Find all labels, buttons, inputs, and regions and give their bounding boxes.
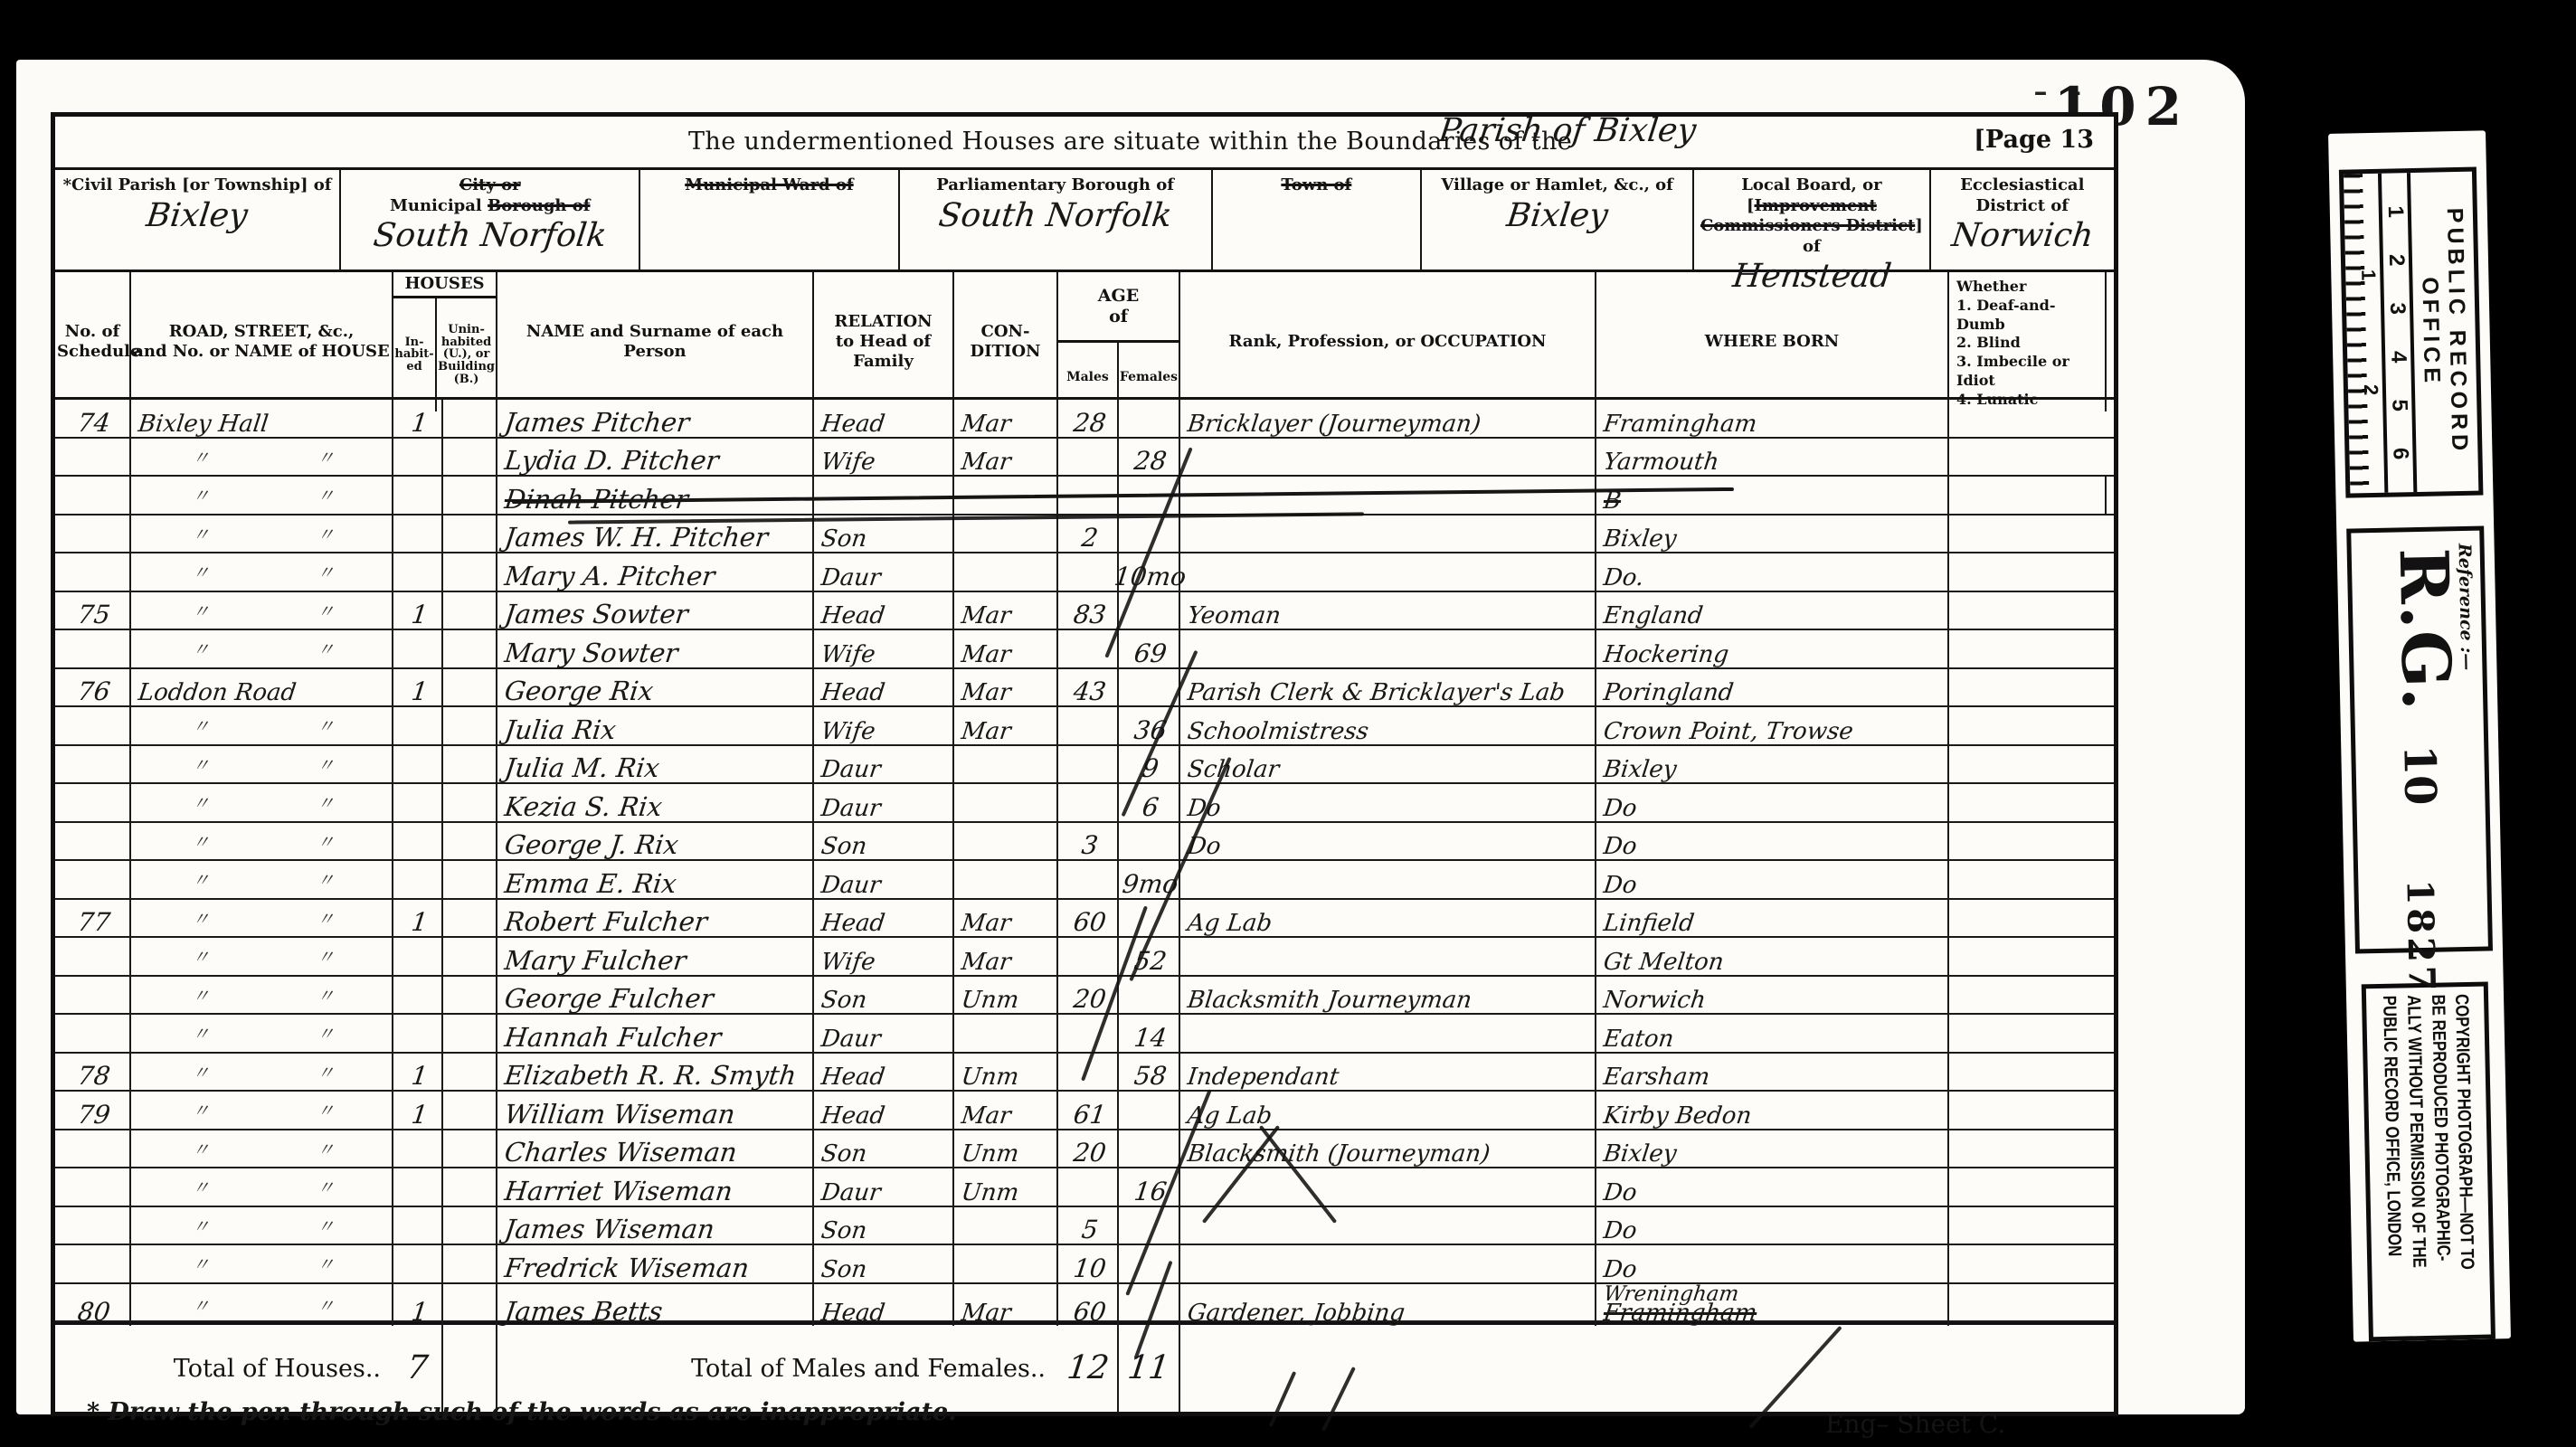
cell-where-born: Yarmouth <box>1596 439 1949 476</box>
table-row: 〃〃Hannah FulcherDaur14Eaton <box>55 1015 2114 1054</box>
cell-uninhabited <box>443 707 497 744</box>
ruler-ticks: 12 <box>2344 174 2384 494</box>
cell-road: 〃〃 <box>131 1245 393 1282</box>
cell-inhabited: 1 <box>393 592 443 629</box>
cell-name: Dinah Pitcher <box>497 477 814 514</box>
cell-uninhabited <box>443 400 497 437</box>
ditto-mark: 〃 <box>192 712 210 738</box>
cell-where-born-value: Framingham <box>1602 412 1757 436</box>
cell-name-value: Fredrick Wiseman <box>503 1255 751 1281</box>
cell-age-female: 14 <box>1119 1015 1180 1052</box>
heading-written-parish: Parish of Bixley <box>1437 115 1698 147</box>
cell-name: James Pitcher <box>497 400 814 437</box>
cell-road: 〃〃 <box>131 630 393 667</box>
cell-inhabited <box>393 1168 443 1206</box>
cell-inhabited-value: 1 <box>410 679 429 705</box>
district-cell: Ecclesiastical District ofNorwich <box>1931 170 2114 270</box>
cell-age-male-value: 28 <box>1072 411 1107 436</box>
ditto-mark: 〃 <box>192 597 210 623</box>
cell-where-born-value: Gt Melton <box>1602 950 1725 974</box>
cell-road: 〃〃 <box>131 938 393 975</box>
cell-whether <box>1949 592 2107 629</box>
cell-age-female <box>1119 823 1180 860</box>
cell-uninhabited <box>443 1284 497 1326</box>
table-row: 〃〃Kezia S. RixDaur6DoDo <box>55 784 2114 823</box>
cell-age-female: 69 <box>1119 630 1180 667</box>
district-label-text: Ecclesiastical District of <box>1960 175 2084 215</box>
district-written-value: Bixley <box>145 200 250 232</box>
reference-piece: 1827 <box>2398 879 2443 995</box>
table-row: 80〃〃1James BettsHeadMar60Gardener, Jobbi… <box>55 1284 2114 1323</box>
cell-occupation-value: Ag Lab <box>1186 912 1273 935</box>
cell-uninhabited <box>443 823 497 860</box>
cell-where-born: Do <box>1596 784 1949 821</box>
cell-name-value: George J. Rix <box>503 832 679 858</box>
district-cell: Local Board, or [ImprovementCommissioner… <box>1694 170 1930 270</box>
cell-schedule: 75 <box>55 592 131 629</box>
cell-relation-value: Daur <box>819 1027 882 1051</box>
district-label: *Civil Parish [or Township] of <box>55 175 339 196</box>
ditto-mark: 〃 <box>317 1019 335 1045</box>
cell-age-female <box>1119 669 1180 706</box>
cell-condition: Mar <box>954 1092 1058 1129</box>
district-label-struck: Commissioners District <box>1700 216 1915 235</box>
cell-schedule <box>55 1130 131 1168</box>
cell-road: 〃〃 <box>131 1054 393 1091</box>
cell-whether <box>1949 477 2107 514</box>
cell-uninhabited <box>443 630 497 667</box>
cell-occupation-value: Blacksmith Journeyman <box>1186 988 1473 1012</box>
cell-condition: Mar <box>954 400 1058 437</box>
table-row: 〃〃Harriet WisemanDaurUnm16Do <box>55 1168 2114 1207</box>
cell-relation-value: Head <box>819 1301 885 1325</box>
ruler-inch-number: 1 <box>2356 270 2380 281</box>
cell-where-born: B <box>1596 477 1949 514</box>
cell-name: Emma E. Rix <box>497 861 814 898</box>
cell-schedule <box>55 1168 131 1206</box>
ruler-scale: PUBLIC RECORD OFFICE 123456 12 <box>2339 167 2484 498</box>
cell-condition: Mar <box>954 707 1058 744</box>
cell-age-female: 10mo <box>1119 553 1180 591</box>
cell-name: Mary A. Pitcher <box>497 553 814 591</box>
houses-group-title: HOUSES <box>393 272 496 298</box>
cell-schedule <box>55 977 131 1014</box>
ditto-mark: 〃 <box>317 751 335 777</box>
cell-schedule: 74 <box>55 400 131 437</box>
cell-inhabited <box>393 707 443 744</box>
cell-uninhabited <box>443 746 497 783</box>
cell-relation-value: Wife <box>819 450 876 474</box>
age-group-title: AGE of <box>1058 272 1179 340</box>
cell-name: Hannah Fulcher <box>497 1015 814 1052</box>
cell-where-born-value: Poringland <box>1602 681 1735 705</box>
cell-occupation: Parish Clerk & Bricklayer's Lab <box>1180 669 1596 706</box>
ruler-cm-number: 2 <box>2383 254 2409 267</box>
district-label: City orMunicipal Borough of <box>341 175 639 216</box>
cell-age-female-value: 58 <box>1132 1064 1168 1089</box>
table-row: 〃〃James W. H. PitcherSon2Bixley <box>55 515 2114 554</box>
cell-inhabited <box>393 1245 443 1282</box>
ruler-cm-number: 3 <box>2384 302 2410 315</box>
cell-inhabited: 1 <box>393 900 443 937</box>
col-header-houses: HOUSES In- habit- ed Unin- habited (U.),… <box>393 272 497 411</box>
ditto-mark: 〃 <box>317 942 335 969</box>
cell-condition-value: Unm <box>960 1142 1020 1166</box>
table-body: 74Bixley Hall1James PitcherHeadMar28Bric… <box>55 400 2114 1322</box>
cell-schedule-value: 75 <box>76 602 111 628</box>
cell-relation-value: Daur <box>819 566 882 590</box>
cell-relation: Son <box>814 1245 954 1282</box>
cell-road: 〃〃 <box>131 900 393 937</box>
cell-whether <box>1949 1207 2107 1244</box>
col-header-uninhabited: Unin- habited (U.), or Building (B.) <box>437 298 496 411</box>
cell-inhabited <box>393 1207 443 1244</box>
cell-relation-value: Head <box>819 604 885 628</box>
cell-name-value: George Fulcher <box>503 986 715 1012</box>
cell-inhabited <box>393 553 443 591</box>
sheet-label: Eng– Sheet C. <box>1825 1409 2005 1439</box>
col-header-schedule: No. of Schedule <box>55 272 131 411</box>
cell-age-male <box>1058 1168 1119 1206</box>
census-screenshot: { "page": { "folio": "102", "heading": "… <box>0 0 2576 1447</box>
ditto-mark: 〃 <box>192 520 210 546</box>
cell-road: 〃〃 <box>131 515 393 553</box>
cell-occupation: Ag Lab <box>1180 900 1596 937</box>
cell-where-born: Bixley <box>1596 746 1949 783</box>
cell-condition-value: Mar <box>960 720 1012 743</box>
cell-inhabited <box>393 630 443 667</box>
cell-road: Loddon Road <box>131 669 393 706</box>
district-written-value: Norwich <box>1950 220 2095 252</box>
cell-age-female-value: 28 <box>1132 449 1168 474</box>
table-heading-row: The undermentioned Houses are situate wi… <box>55 117 2114 170</box>
district-label: Local Board, or [ImprovementCommissioner… <box>1694 175 1928 257</box>
cell-relation-value: Son <box>819 1219 867 1243</box>
district-written-value: Bixley <box>1505 200 1610 232</box>
cell-condition: Mar <box>954 592 1058 629</box>
ditto-mark: 〃 <box>192 1019 210 1045</box>
table-row: 〃〃George J. RixSon3DoDo <box>55 823 2114 862</box>
cell-relation-value: Head <box>819 1104 885 1128</box>
cell-relation: Head <box>814 900 954 937</box>
cell-schedule <box>55 707 131 744</box>
district-label: Municipal Ward of <box>640 175 897 196</box>
cell-condition <box>954 553 1058 591</box>
cell-road: 〃〃 <box>131 592 393 629</box>
cell-road: Bixley Hall <box>131 400 393 437</box>
cell-name-value: Mary Sowter <box>503 640 679 667</box>
cell-road: 〃〃 <box>131 1015 393 1052</box>
cell-inhabited-value: 1 <box>410 1300 429 1325</box>
cell-where-born-value: Hockering <box>1602 643 1729 667</box>
cell-relation-value: Head <box>819 681 885 705</box>
cell-relation: Daur <box>814 784 954 821</box>
cell-schedule <box>55 515 131 553</box>
cell-age-male: 3 <box>1058 823 1119 860</box>
cell-inhabited-value: 1 <box>410 1102 429 1128</box>
cell-age-male-value: 60 <box>1072 1300 1107 1325</box>
cell-occupation <box>1180 861 1596 898</box>
cell-age-male <box>1058 746 1119 783</box>
cell-where-born: WreninghamFramingham <box>1596 1284 1949 1326</box>
district-label-text: Village or Hamlet, &c., of <box>1441 175 1673 194</box>
cell-age-male: 83 <box>1058 592 1119 629</box>
ruler-cm-number: 6 <box>2387 448 2412 460</box>
cell-age-male-value: 2 <box>1080 525 1099 551</box>
cell-relation-value: Daur <box>819 874 882 897</box>
cell-schedule <box>55 1245 131 1282</box>
cell-schedule <box>55 553 131 591</box>
cell-condition: Mar <box>954 669 1058 706</box>
cell-age-male: 43 <box>1058 669 1119 706</box>
ruler-cm-number: 5 <box>2386 399 2411 411</box>
ditto-mark: 〃 <box>317 597 335 623</box>
cell-road: 〃〃 <box>131 1284 393 1326</box>
cell-name: Robert Fulcher <box>497 900 814 937</box>
cell-relation: Son <box>814 977 954 1014</box>
total-females-value: 11 <box>1119 1325 1180 1412</box>
cell-name: Julia Rix <box>497 707 814 744</box>
cell-age-male: 10 <box>1058 1245 1119 1282</box>
ditto-mark: 〃 <box>192 1096 210 1122</box>
cell-name: George Fulcher <box>497 977 814 1014</box>
cell-name-value: Robert Fulcher <box>503 909 708 935</box>
cell-where-born: Bixley <box>1596 1130 1949 1168</box>
cell-condition: Mar <box>954 938 1058 975</box>
cell-relation-value: Daur <box>819 797 882 820</box>
cell-name-value: Julia Rix <box>503 717 617 743</box>
cell-condition-value: Mar <box>960 1301 1012 1325</box>
ditto-mark: 〃 <box>317 865 335 892</box>
cell-inhabited: 1 <box>393 1284 443 1326</box>
cell-uninhabited <box>443 592 497 629</box>
cell-schedule <box>55 861 131 898</box>
cell-road-value: Loddon Road <box>137 681 297 705</box>
cell-age-male-value: 60 <box>1072 910 1107 935</box>
cell-schedule-value: 74 <box>76 411 111 436</box>
cell-name-value: George Rix <box>503 678 655 705</box>
cell-where-born-value: Do <box>1602 835 1638 858</box>
cell-schedule <box>55 477 131 514</box>
totals-spacer <box>1180 1325 2107 1412</box>
cell-uninhabited <box>443 1015 497 1052</box>
table-row: 〃〃Dinah PitcherB <box>55 477 2114 515</box>
ditto-mark: 〃 <box>192 828 210 854</box>
ditto-mark: 〃 <box>192 481 210 507</box>
cell-relation: Daur <box>814 1015 954 1052</box>
ditto-mark: 〃 <box>192 635 210 661</box>
cell-condition: Mar <box>954 900 1058 937</box>
table-row: 74Bixley Hall1James PitcherHeadMar28Bric… <box>55 400 2114 439</box>
ditto-mark: 〃 <box>192 443 210 469</box>
cell-age-male-value: 10 <box>1072 1256 1107 1281</box>
ditto-mark: 〃 <box>192 1173 210 1199</box>
cell-where-born-value: Eaton <box>1602 1027 1675 1051</box>
table-row: 〃〃Charles WisemanSonUnm20Blacksmith (Jou… <box>55 1130 2114 1169</box>
cell-where-born-value: England <box>1602 604 1704 628</box>
cell-age-female-value: 14 <box>1132 1026 1168 1051</box>
cell-uninhabited <box>443 1168 497 1206</box>
cell-road: 〃〃 <box>131 439 393 476</box>
cell-relation-value: Wife <box>819 643 876 667</box>
cell-name-value: Hannah Fulcher <box>503 1025 723 1051</box>
reference-stamp: Reference :— R.G. 10 1827 <box>2346 525 2493 953</box>
district-header-row: *Civil Parish [or Township] ofBixleyCity… <box>55 170 2114 272</box>
cell-inhabited <box>393 938 443 975</box>
ditto-mark: 〃 <box>192 942 210 969</box>
cell-where-born-value: Bixley <box>1602 758 1678 781</box>
cell-name-value: James Pitcher <box>503 410 691 436</box>
cell-inhabited <box>393 861 443 898</box>
cell-whether <box>1949 977 2107 1014</box>
cell-age-male-value: 5 <box>1080 1217 1099 1243</box>
cell-condition <box>954 861 1058 898</box>
cell-inhabited <box>393 1015 443 1052</box>
cell-name: George Rix <box>497 669 814 706</box>
cell-name: Harriet Wiseman <box>497 1168 814 1206</box>
cell-schedule: 77 <box>55 900 131 937</box>
cell-relation-value: Son <box>819 1142 867 1166</box>
cell-occupation: Yeoman <box>1180 592 1596 629</box>
cell-where-born-value: Bixley <box>1602 527 1678 551</box>
district-cell: Town of <box>1213 170 1422 270</box>
cell-condition <box>954 1245 1058 1282</box>
cell-where-born-value: Linfield <box>1602 912 1695 935</box>
ditto-mark: 〃 <box>317 635 335 661</box>
cell-whether <box>1949 746 2107 783</box>
cell-whether <box>1949 861 2107 898</box>
table-row: 〃〃James WisemanSon5Do <box>55 1207 2114 1246</box>
cell-relation-value: Head <box>819 1065 885 1089</box>
ditto-mark: 〃 <box>192 789 210 815</box>
cell-schedule: 79 <box>55 1092 131 1129</box>
cell-age-male-value: 43 <box>1072 679 1107 705</box>
cell-schedule <box>55 746 131 783</box>
district-label-struck: Borough of <box>488 196 590 215</box>
cell-where-born: Poringland <box>1596 669 1949 706</box>
cell-schedule-value: 80 <box>76 1300 111 1325</box>
cell-road: 〃〃 <box>131 553 393 591</box>
cell-where-born-value: Do <box>1602 874 1638 897</box>
cell-inhabited <box>393 477 443 514</box>
district-label: Parliamentary Borough of <box>900 175 1211 196</box>
cell-occupation-value: Blacksmith (Journeyman) <box>1186 1142 1491 1166</box>
cell-condition-value: Mar <box>960 681 1012 705</box>
cell-condition: Mar <box>954 439 1058 476</box>
ditto-mark: 〃 <box>317 981 335 1007</box>
ditto-mark: 〃 <box>317 1096 335 1122</box>
cell-condition <box>954 515 1058 553</box>
cell-where-born: Framingham <box>1596 400 1949 437</box>
cell-where-born: Norwich <box>1596 977 1949 1014</box>
col-header-name: NAME and Surname of each Person <box>497 272 814 411</box>
cell-road: 〃〃 <box>131 977 393 1014</box>
table-row: 〃〃Mary A. PitcherDaur10moDo. <box>55 553 2114 592</box>
col-header-age: AGE of Males Females <box>1058 272 1180 411</box>
district-label: Ecclesiastical District of <box>1931 175 2114 216</box>
cell-name-value: Harriet Wiseman <box>503 1178 734 1205</box>
cell-where-born-value: Do <box>1602 1181 1638 1205</box>
cell-relation: Daur <box>814 746 954 783</box>
cell-schedule <box>55 1015 131 1052</box>
cell-uninhabited <box>443 938 497 975</box>
cell-inhabited <box>393 746 443 783</box>
ditto-mark: 〃 <box>317 1212 335 1238</box>
cell-relation-value: Head <box>819 412 885 436</box>
cell-whether <box>1949 1015 2107 1052</box>
cell-inhabited: 1 <box>393 400 443 437</box>
cell-relation: Head <box>814 592 954 629</box>
cell-condition-value: Mar <box>960 1104 1012 1128</box>
cell-schedule-value: 76 <box>76 679 111 705</box>
table-row: 76Loddon Road1George RixHeadMar43Parish … <box>55 669 2114 708</box>
cell-occupation: Gardener, Jobbing <box>1180 1284 1596 1326</box>
total-males-value: 12 <box>1058 1325 1119 1412</box>
cell-where-born-value: Crown Point, Trowse <box>1602 720 1854 743</box>
cell-relation: Head <box>814 1092 954 1129</box>
cell-occupation <box>1180 1207 1596 1244</box>
cell-schedule: 80 <box>55 1284 131 1326</box>
cell-occupation-value: Gardener, Jobbing <box>1186 1301 1406 1325</box>
cell-schedule <box>55 630 131 667</box>
ruler-cm-number: 4 <box>2385 351 2410 364</box>
cell-occupation-value: Yeoman <box>1186 604 1282 628</box>
cell-whether <box>1949 1245 2107 1282</box>
cell-uninhabited <box>443 1245 497 1282</box>
cell-condition: Unm <box>954 1054 1058 1091</box>
cell-condition: Unm <box>954 1130 1058 1168</box>
cell-uninhabited <box>443 1092 497 1129</box>
ditto-mark: 〃 <box>317 904 335 931</box>
cell-age-male: 28 <box>1058 400 1119 437</box>
cell-road: 〃〃 <box>131 1092 393 1129</box>
cell-relation: Wife <box>814 630 954 667</box>
cell-where-born-value: Do <box>1602 797 1638 820</box>
cell-occupation <box>1180 938 1596 975</box>
cell-age-male: 60 <box>1058 1284 1119 1326</box>
cell-where-born: Gt Melton <box>1596 938 1949 975</box>
district-written-value: South Norfolk <box>937 200 1174 232</box>
cell-whether <box>1949 1168 2107 1206</box>
cell-relation: Wife <box>814 707 954 744</box>
cell-condition-value: Unm <box>960 1065 1020 1089</box>
ditto-mark: 〃 <box>192 865 210 892</box>
cell-occupation <box>1180 1015 1596 1052</box>
cell-uninhabited <box>443 977 497 1014</box>
cell-relation-value: Head <box>819 912 885 935</box>
cell-uninhabited <box>443 477 497 514</box>
cell-condition <box>954 746 1058 783</box>
cell-name: George J. Rix <box>497 823 814 860</box>
cell-where-born: Do <box>1596 861 1949 898</box>
cell-age-male <box>1058 553 1119 591</box>
cell-schedule <box>55 823 131 860</box>
cell-age-female <box>1119 977 1180 1014</box>
cell-name: Mary Sowter <box>497 630 814 667</box>
cell-relation: Daur <box>814 553 954 591</box>
cell-inhabited-value: 1 <box>410 602 429 628</box>
cell-whether <box>1949 823 2107 860</box>
cell-whether <box>1949 900 2107 937</box>
cell-schedule: 78 <box>55 1054 131 1091</box>
ditto-mark: 〃 <box>317 520 335 546</box>
district-label-struck: Improvement <box>1754 196 1876 215</box>
cell-uninhabited <box>443 515 497 553</box>
district-written-value: Henstead <box>1730 260 1892 293</box>
cell-inhabited <box>393 784 443 821</box>
table-row: 〃〃Lydia D. PitcherWifeMar28Yarmouth <box>55 439 2114 478</box>
cell-uninhabited <box>443 669 497 706</box>
